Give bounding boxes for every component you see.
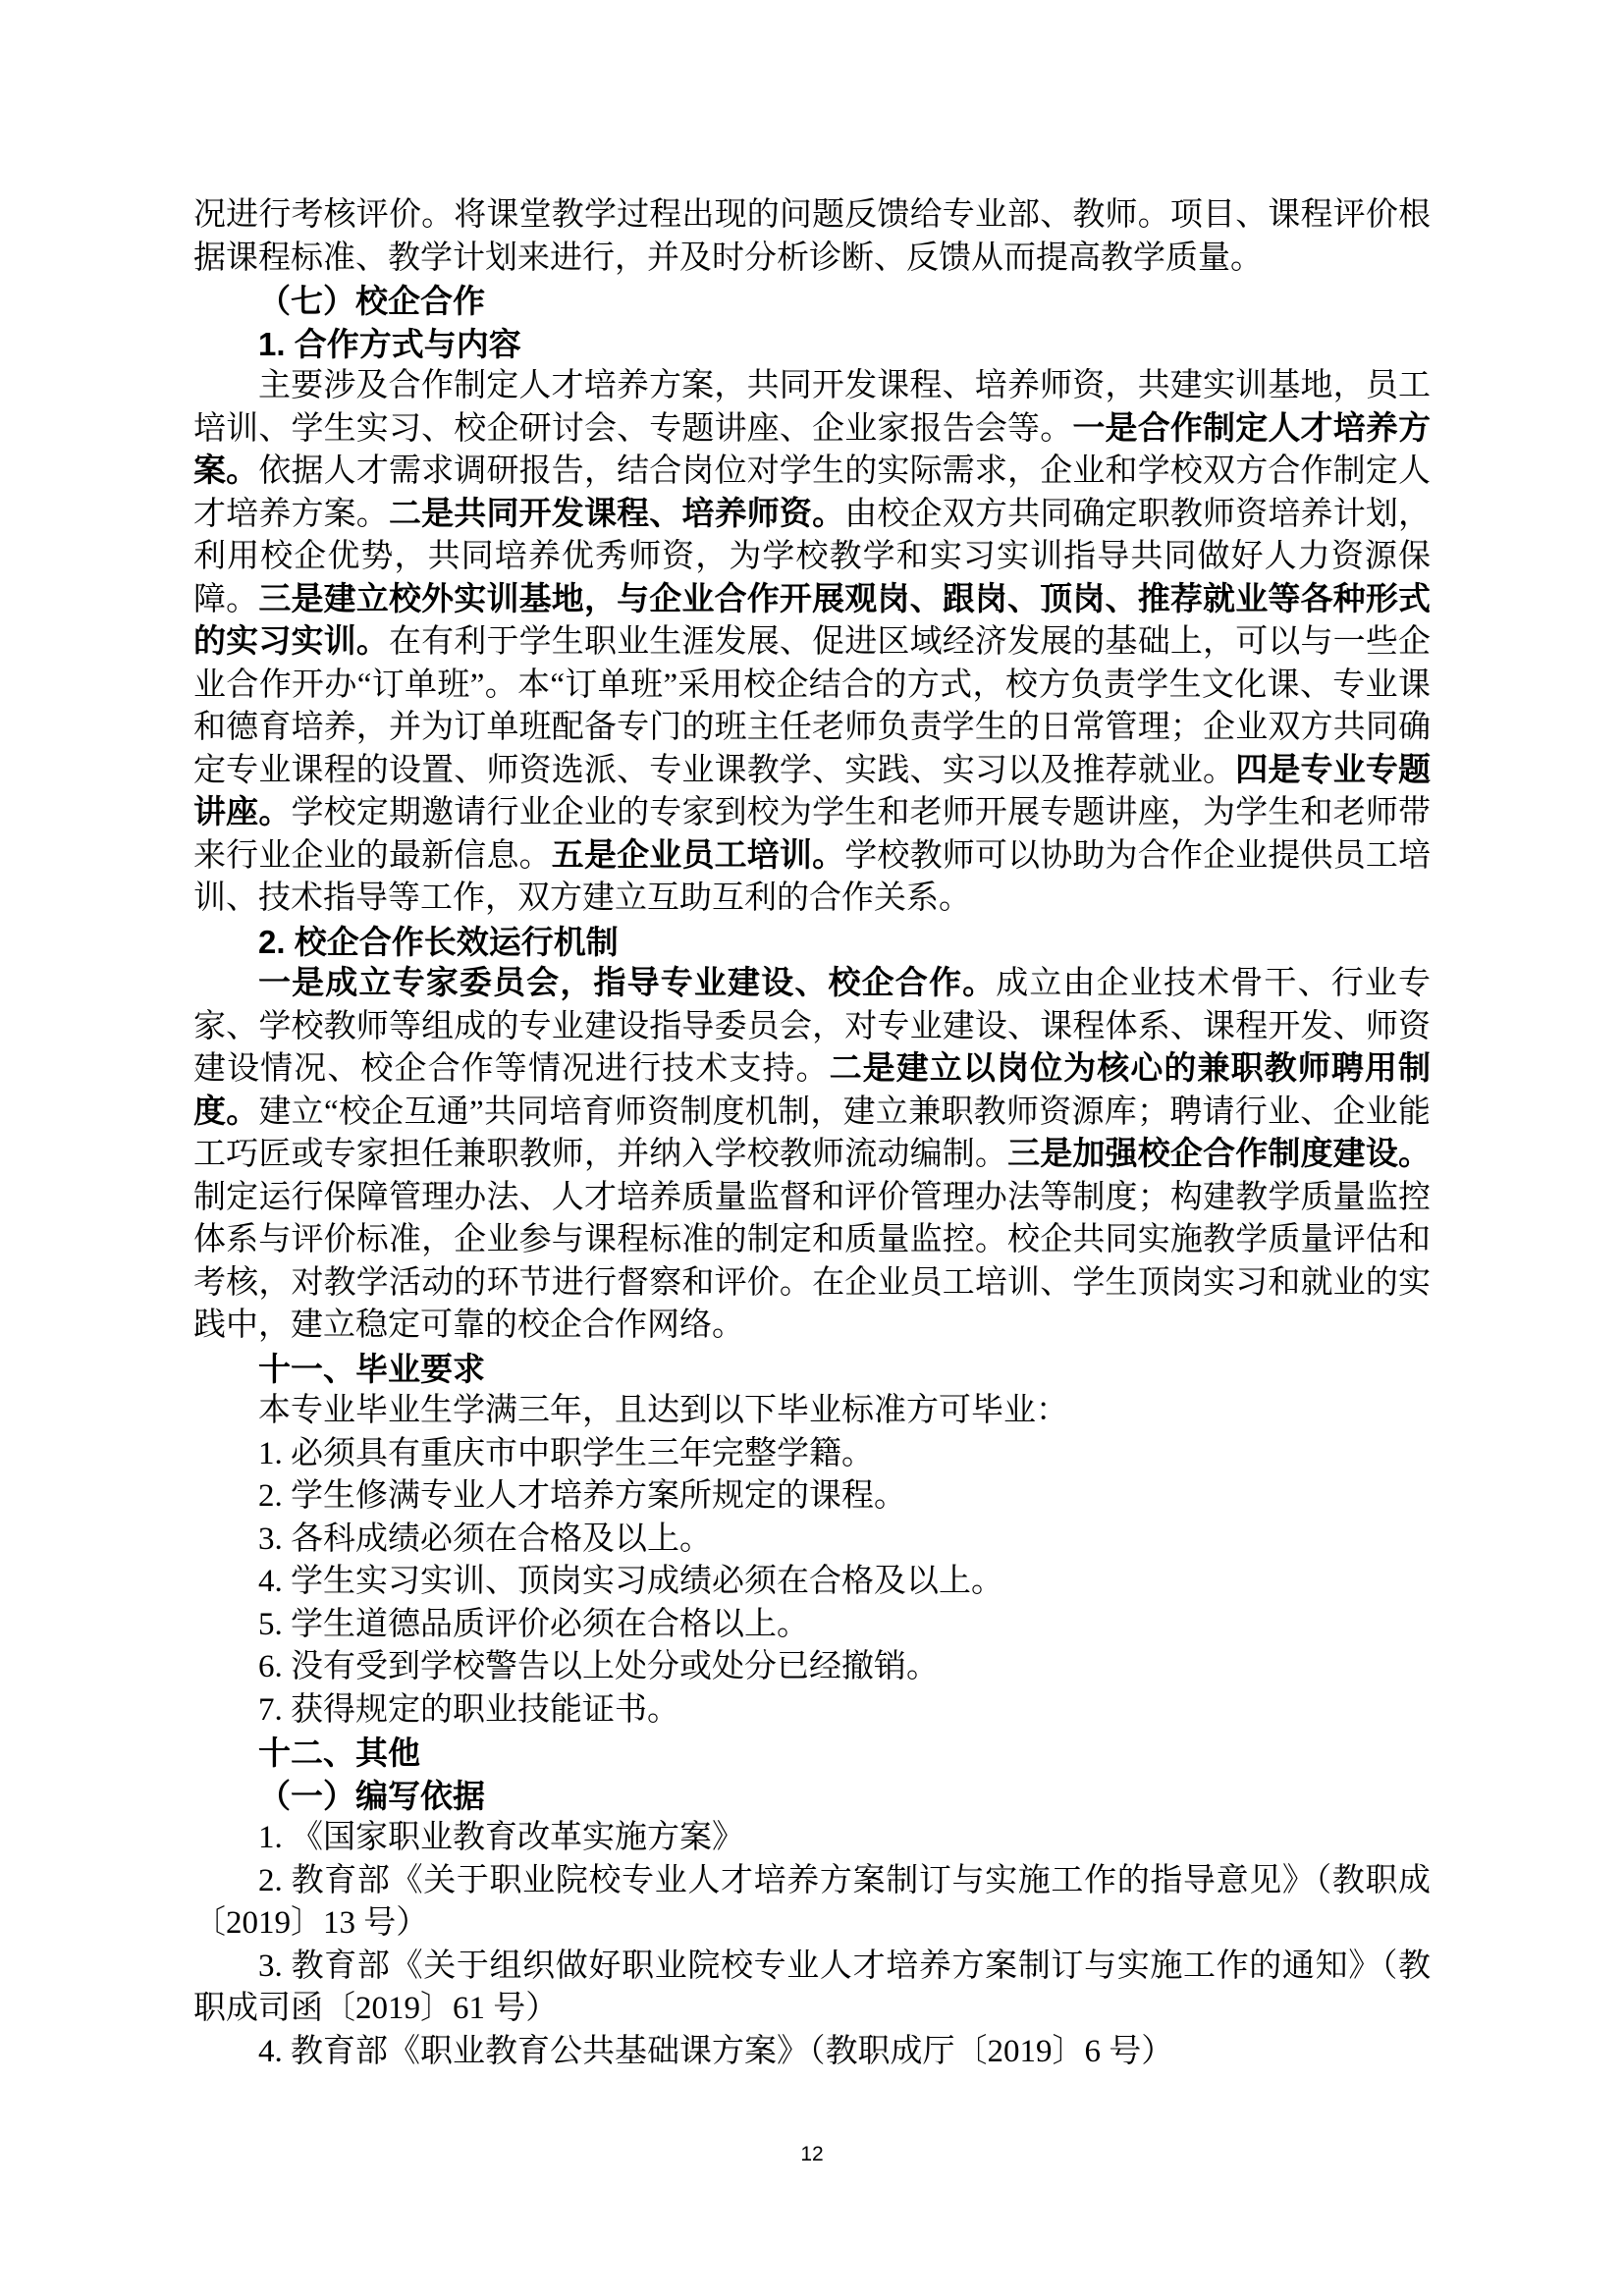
paragraph: 一是成立专家委员会，指导专业建设、校企合作。成立由企业技术骨干、行业专家、学校教… (193, 963, 1431, 1348)
paragraph: 4. 教育部《职业教育公共基础课方案》（教职成厅〔2019〕6 号） (193, 2031, 1431, 2074)
paragraph: 7. 获得规定的职业技能证书。 (193, 1689, 1431, 1733)
bold-text-segment: 2. 校企合作长效运行机制 (258, 924, 619, 960)
paragraph: 1. 必须具有重庆市中职学生三年完整学籍。 (193, 1433, 1431, 1476)
bold-text-segment: 一是成立专家委员会，指导专业建设、校企合作。 (258, 966, 996, 1001)
text-segment: 6. 没有受到学校警告以上处分或处分已经撤销。 (258, 1649, 939, 1684)
paragraph: 6. 没有受到学校警告以上处分或处分已经撤销。 (193, 1646, 1431, 1689)
text-segment: 本专业毕业生学满三年，且达到以下毕业标准方可毕业： (258, 1393, 1068, 1428)
paragraph: 3. 教育部《关于组织做好职业院校专业人才培养方案制订与实施工作的通知》（教职成… (193, 1946, 1431, 2031)
bold-text-segment: 二是共同开发课程、培养师资。 (389, 497, 844, 532)
heading: （七）校企合作 (193, 280, 1431, 323)
bold-text-segment: 五是企业员工培训。 (552, 838, 844, 874)
bold-text-segment: （一）编写依据 (258, 1778, 485, 1814)
text-segment: 4. 学生实习实训、顶岗实习成绩必须在合格及以上。 (258, 1564, 1003, 1599)
paragraph: 2. 学生修满专业人才培养方案所规定的课程。 (193, 1475, 1431, 1519)
paragraph: 4. 学生实习实训、顶岗实习成绩必须在合格及以上。 (193, 1561, 1431, 1604)
page-content: 况进行考核评价。将课堂教学过程出现的问题反馈给专业部、教师。项目、课程评价根据课… (193, 194, 1431, 2073)
text-segment: 制定运行保障管理办法、人才培养质量监督和评价管理办法等制度；构建教学质量监控体系… (193, 1180, 1431, 1344)
bold-text-segment: 三是加强校企合作制度建设。 (1007, 1137, 1431, 1172)
page-number: 12 (0, 2143, 1624, 2166)
paragraph: 主要涉及合作制定人才培养方案，共同开发课程、培养师资，共建实训基地，员工培训、学… (193, 365, 1431, 921)
text-segment: 4. 教育部《职业教育公共基础课方案》（教职成厅〔2019〕6 号） (258, 2034, 1173, 2069)
bold-text-segment: 十一、毕业要求 (258, 1351, 485, 1387)
text-segment: 况进行考核评价。将课堂教学过程出现的问题反馈给专业部、教师。项目、课程评价根据课… (193, 197, 1431, 276)
text-segment: 7. 获得规定的职业技能证书。 (258, 1692, 679, 1728)
heading: 1. 合作方式与内容 (193, 323, 1431, 366)
heading: （一）编写依据 (193, 1775, 1431, 1818)
document-page: 况进行考核评价。将课堂教学过程出现的问题反馈给专业部、教师。项目、课程评价根据课… (0, 0, 1624, 2296)
text-segment: 1. 必须具有重庆市中职学生三年完整学籍。 (258, 1436, 874, 1471)
bold-text-segment: （七）校企合作 (258, 283, 485, 319)
bold-text-segment: 1. 合作方式与内容 (258, 326, 521, 362)
text-segment: 2. 学生修满专业人才培养方案所规定的课程。 (258, 1478, 906, 1514)
paragraph: 况进行考核评价。将课堂教学过程出现的问题反馈给专业部、教师。项目、课程评价根据课… (193, 194, 1431, 280)
heading: 2. 校企合作长效运行机制 (193, 921, 1431, 964)
bold-text-segment: 十二、其他 (258, 1735, 420, 1771)
text-segment: 3. 各科成绩必须在合格及以上。 (258, 1522, 712, 1557)
text-segment: 5. 学生道德品质评价必须在合格以上。 (258, 1607, 809, 1642)
text-segment: 3. 教育部《关于组织做好职业院校专业人才培养方案制订与实施工作的通知》（教职成… (193, 1949, 1431, 2027)
heading: 十二、其他 (193, 1732, 1431, 1775)
paragraph: 5. 学生道德品质评价必须在合格以上。 (193, 1604, 1431, 1647)
text-segment: 2. 教育部《关于职业院校专业人才培养方案制订与实施工作的指导意见》（教职成〔2… (193, 1863, 1431, 1942)
paragraph: 1. 《国家职业教育改革实施方案》 (193, 1817, 1431, 1860)
heading: 十一、毕业要求 (193, 1348, 1431, 1391)
paragraph: 3. 各科成绩必须在合格及以上。 (193, 1519, 1431, 1562)
paragraph: 2. 教育部《关于职业院校专业人才培养方案制订与实施工作的指导意见》（教职成〔2… (193, 1860, 1431, 1946)
paragraph: 本专业毕业生学满三年，且达到以下毕业标准方可毕业： (193, 1390, 1431, 1433)
text-segment: 1. 《国家职业教育改革实施方案》 (258, 1820, 744, 1855)
